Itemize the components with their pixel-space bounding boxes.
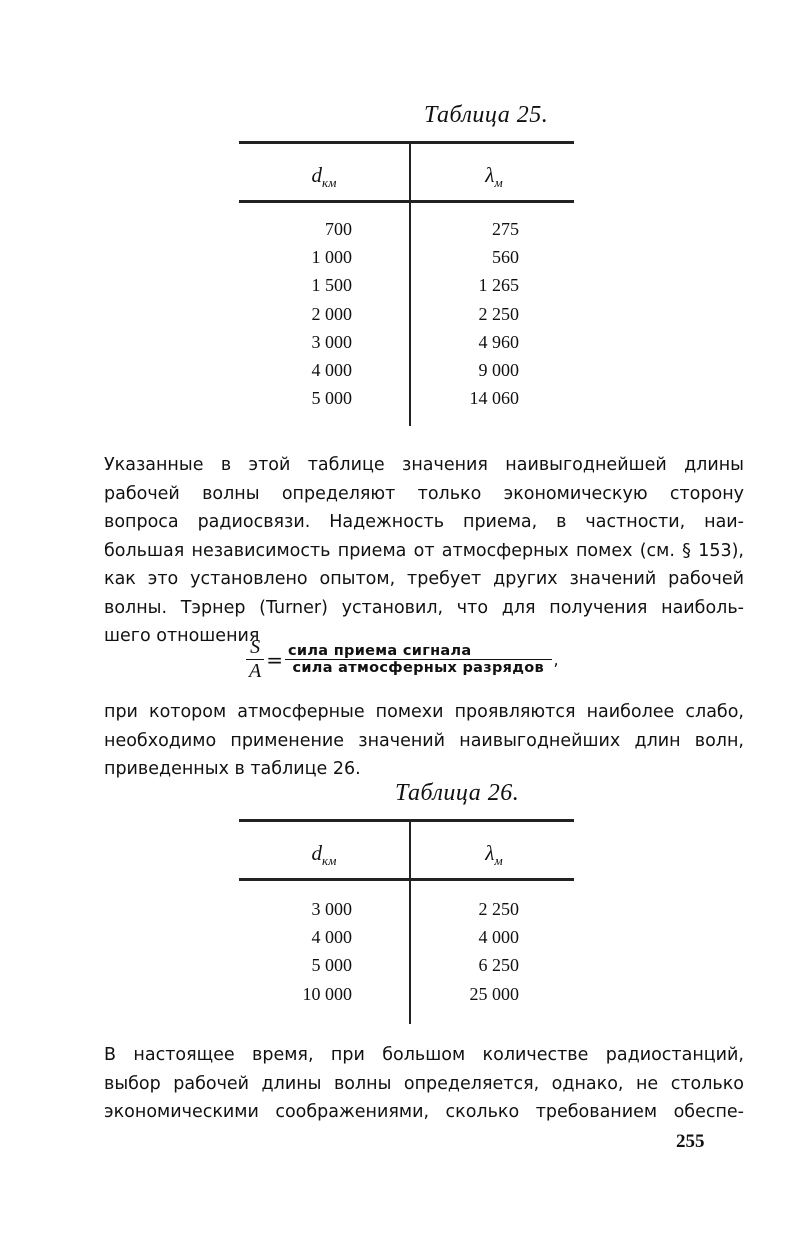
table-row: 2 0002 250 — [239, 304, 574, 332]
text-line: вопроса радиосвязи. Надежность приема, в… — [104, 508, 744, 537]
cell-wavelength: 560 — [492, 247, 519, 268]
formula: S A = сила приема сигнала сила атмосферн… — [246, 636, 561, 683]
cell-distance: 5 000 — [312, 388, 353, 409]
fraction-s-over-a: S A — [246, 636, 264, 683]
table-row: 5 0006 250 — [239, 955, 574, 983]
text-line: В настоящее время, при большом количеств… — [104, 1041, 744, 1070]
cell-distance: 5 000 — [312, 955, 353, 976]
cell-wavelength: 275 — [492, 219, 519, 240]
header-distance: dкм — [239, 163, 409, 191]
cell-distance: 3 000 — [312, 332, 353, 353]
cell-wavelength: 14 060 — [470, 388, 520, 409]
cell-wavelength: 9 000 — [479, 360, 520, 381]
cell-wavelength: 1 265 — [479, 275, 520, 296]
table-row: 4 0004 000 — [239, 927, 574, 955]
table-row: 3 0002 250 — [239, 899, 574, 927]
text-line: при котором атмосферные помехи проявляют… — [104, 698, 744, 727]
page-number: 255 — [676, 1131, 705, 1153]
text-line: большая независимость приема от атмосфер… — [104, 537, 744, 566]
table-row: 1 5001 265 — [239, 275, 574, 303]
text-line: как это установлено опытом, требует друг… — [104, 565, 744, 594]
text-line: выбор рабочей длины волны определяется, … — [104, 1070, 744, 1099]
cell-distance: 1 000 — [312, 247, 353, 268]
cell-wavelength: 4 960 — [479, 332, 520, 353]
header-wavelength: λм — [409, 841, 579, 869]
header-wavelength: λм — [409, 163, 579, 191]
table-25-caption: Таблица 25. — [424, 102, 548, 129]
equals-sign: = — [266, 648, 283, 672]
text-line: необходимо применение значений наивыгодн… — [104, 727, 744, 756]
cell-wavelength: 4 000 — [479, 927, 520, 948]
table-header-rule — [239, 878, 574, 881]
cell-distance: 3 000 — [312, 899, 353, 920]
table-26-caption: Таблица 26. — [395, 780, 519, 807]
cell-distance: 10 000 — [303, 984, 353, 1005]
table-row: 4 0009 000 — [239, 360, 574, 388]
cell-wavelength: 6 250 — [479, 955, 520, 976]
cell-distance: 4 000 — [312, 360, 353, 381]
header-distance: dкм — [239, 841, 409, 869]
cell-distance: 4 000 — [312, 927, 353, 948]
text-line: экономическими соображениями, сколько тр… — [104, 1098, 744, 1127]
table-26: dкм λм 3 0002 2504 0004 0005 0006 25010 … — [239, 819, 574, 1024]
paragraph-2: при котором атмосферные помехи проявляют… — [104, 698, 744, 784]
table-top-rule — [239, 141, 574, 144]
text-line: Указанные в этой таблице значения наивыг… — [104, 451, 744, 480]
cell-wavelength: 2 250 — [479, 304, 520, 325]
cell-distance: 2 000 — [312, 304, 353, 325]
table-row: 10 00025 000 — [239, 984, 574, 1012]
table-row: 5 00014 060 — [239, 388, 574, 416]
cell-wavelength: 25 000 — [470, 984, 520, 1005]
table-header-rule — [239, 200, 574, 203]
paragraph-3: В настоящее время, при большом количеств… — [104, 1041, 744, 1127]
table-top-rule — [239, 819, 574, 822]
cell-distance: 700 — [325, 219, 352, 240]
table-row: 700275 — [239, 219, 574, 247]
fraction-signal-over-noise: сила приема сигнала сила атмосферных раз… — [285, 643, 552, 676]
text-line: волны. Тэрнер (Turner) установил, что дл… — [104, 594, 744, 623]
table-25: dкм λм 7002751 0005601 5001 2652 0002 25… — [239, 141, 574, 426]
cell-distance: 1 500 — [312, 275, 353, 296]
paragraph-1: Указанные в этой таблице значения наивыг… — [104, 451, 744, 651]
table-row: 1 000560 — [239, 247, 574, 275]
table-row: 3 0004 960 — [239, 332, 574, 360]
text-line: рабочей волны определяют только экономич… — [104, 480, 744, 509]
cell-wavelength: 2 250 — [479, 899, 520, 920]
